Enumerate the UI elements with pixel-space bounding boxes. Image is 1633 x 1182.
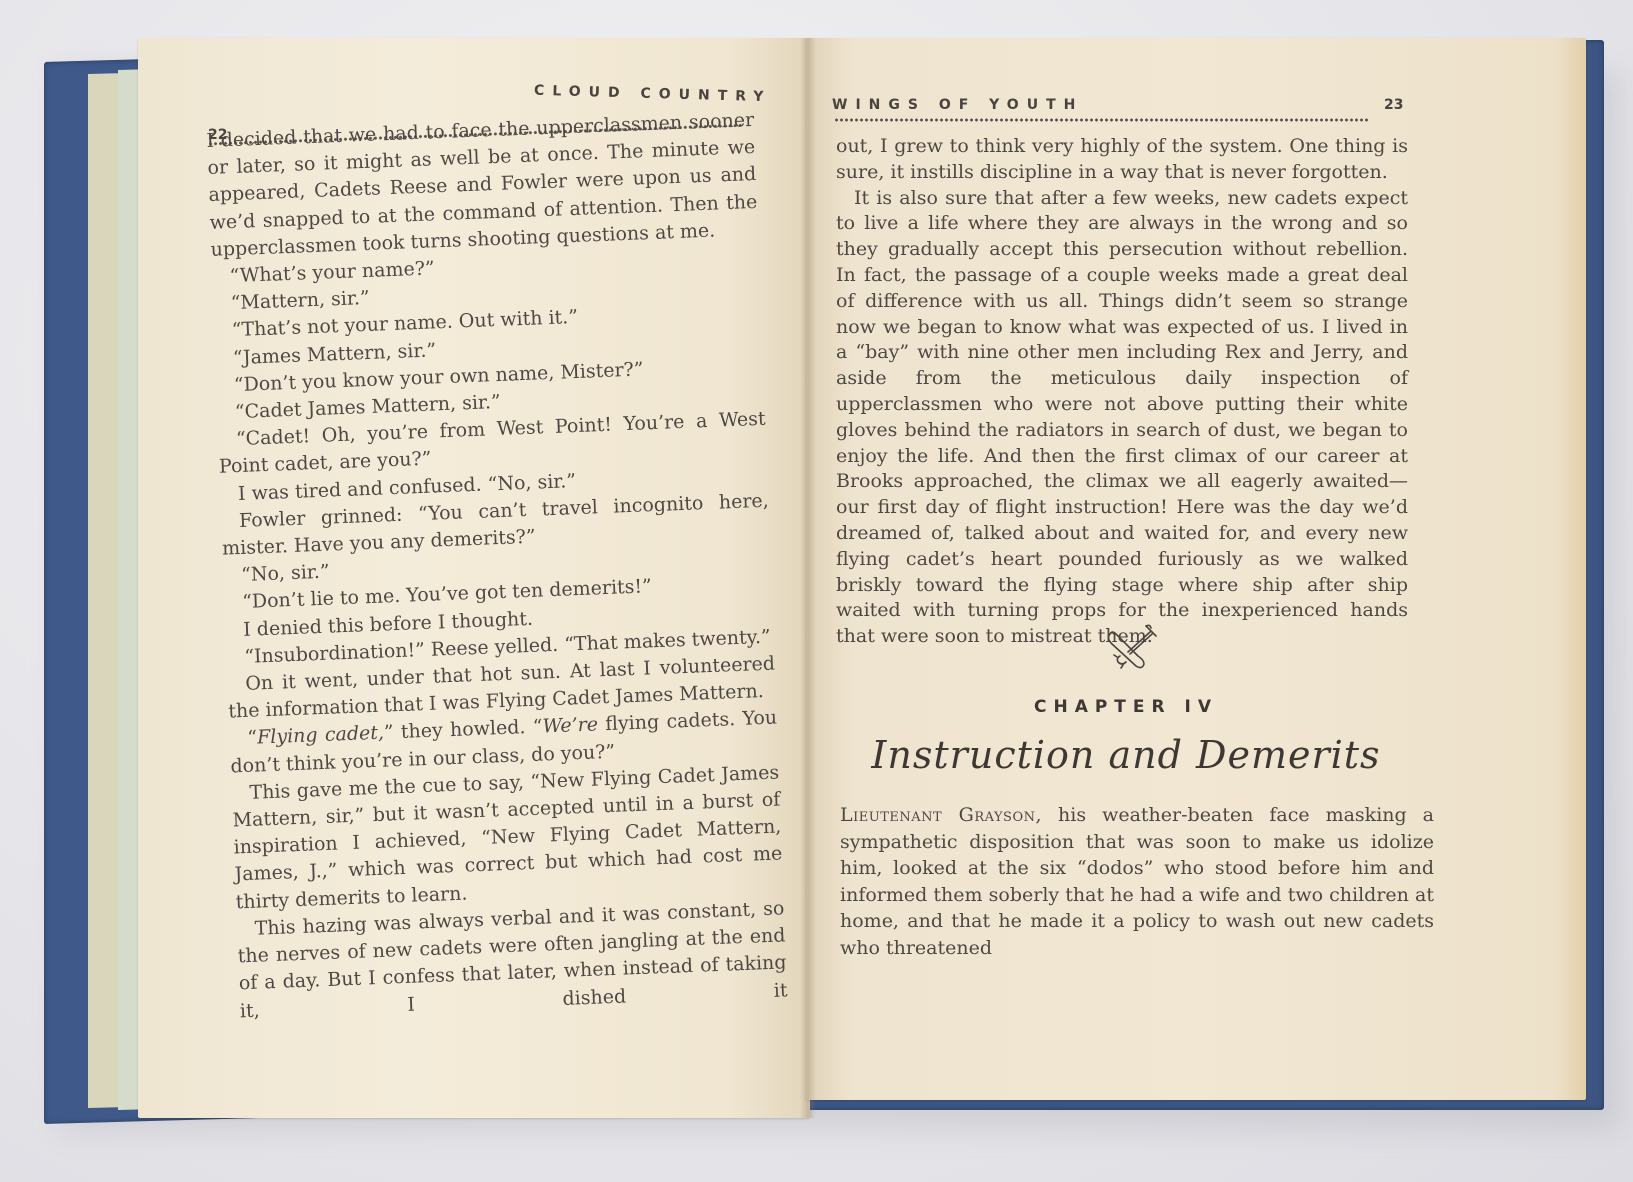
paragraph: Lieutenant Grayson, his weather-beaten f… <box>840 802 1434 962</box>
right-page-number: 23 <box>1384 97 1403 113</box>
book-gutter <box>800 38 816 1118</box>
chapter-label: CHAPTER IV <box>836 697 1416 717</box>
italic-text: We’re <box>542 714 598 738</box>
right-page-text: out, I grew to think very highly of the … <box>836 134 1408 650</box>
paragraph: This gave me the cue to say, “New Flying… <box>231 759 784 916</box>
right-header-rule <box>834 118 1370 122</box>
paragraph: This hazing was always verbal and it was… <box>236 895 788 1025</box>
paragraph: out, I grew to think very highly of the … <box>836 134 1408 186</box>
paragraph: It is also sure that after a few weeks, … <box>836 186 1408 650</box>
chapter-opening-text: Lieutenant Grayson, his weather-beaten f… <box>840 802 1434 962</box>
chapter-title: Instruction and Demerits <box>836 733 1416 777</box>
left-page-text: I decided that we had to face the upperc… <box>206 107 788 1025</box>
airplane-icon <box>1102 620 1162 672</box>
opening-smallcaps: Lieutenant Grayson, <box>840 804 1042 826</box>
paragraph: I decided that we had to face the upperc… <box>206 107 759 264</box>
italic-text: Flying cadet, <box>257 722 385 749</box>
right-running-head: WINGS OF YOUTH <box>832 97 1083 113</box>
